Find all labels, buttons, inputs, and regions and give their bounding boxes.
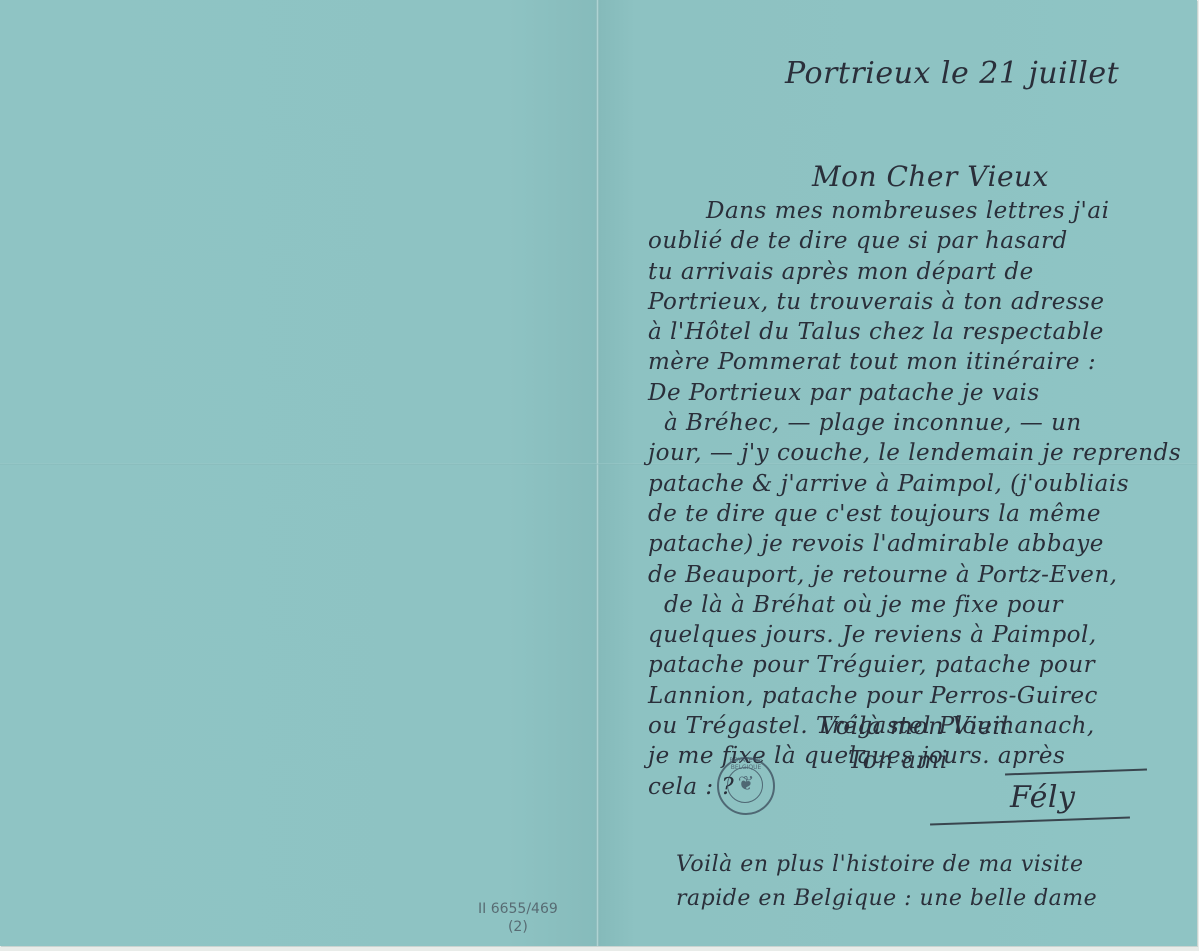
shelfmark-number: II 6655/469	[478, 900, 558, 918]
letter-postscript: Voilà en plus l'histoire de ma visite ra…	[676, 848, 1097, 916]
letter-signature: Fély	[1010, 780, 1075, 815]
letter-place-date: Portrieux le 21 juillet	[785, 56, 1119, 91]
body-line: patache & j'arrive à Paimpol, (j'oubliai…	[648, 469, 1181, 499]
body-line: Lannion, patache pour Perros-Guirec	[648, 681, 1181, 711]
left-page-blank	[0, 0, 597, 946]
body-line: mère Pommerat tout mon itinéraire :	[648, 347, 1181, 377]
body-line: Portrieux, tu trouverais à ton adresse	[648, 287, 1181, 317]
stamp-text: ROYALE DE BELGIQUE	[719, 757, 773, 771]
body-line: oublié de te dire que si par hasard	[648, 226, 1181, 256]
library-stamp-icon: ROYALE DE BELGIQUE ❦	[717, 757, 775, 815]
body-line: de te dire que c'est toujours la même	[648, 499, 1181, 529]
body-line: tu arrivais après mon départ de	[648, 257, 1181, 287]
letter-salutation: Mon Cher Vieux	[812, 160, 1049, 193]
lion-icon: ❦	[719, 771, 773, 795]
body-line: patache) je revois l'admirable abbaye	[648, 529, 1181, 559]
postscript-line: rapide en Belgique : une belle dame	[676, 882, 1097, 916]
body-line: jour, — j'y couche, le lendemain je repr…	[648, 438, 1181, 468]
body-line: à l'Hôtel du Talus chez la respectable	[648, 317, 1181, 347]
body-line: patache pour Tréguier, patache pour	[648, 650, 1181, 680]
body-line: Dans mes nombreuses lettres j'ai	[648, 196, 1181, 226]
body-line: quelques jours. Je reviens à Paimpol,	[648, 620, 1181, 650]
body-line: De Portrieux par patache je vais	[648, 378, 1181, 408]
body-line: de Beauport, je retourne à Portz-Even,	[648, 560, 1181, 590]
vertical-fold-line	[596, 0, 599, 946]
postscript-line: Voilà en plus l'histoire de ma visite	[676, 848, 1097, 882]
letter-closing-line: Ton ami	[848, 746, 948, 774]
body-line: de là à Bréhat où je me fixe pour	[648, 590, 1181, 620]
letter-sheet: Portrieux le 21 juillet Mon Cher Vieux D…	[0, 0, 1197, 946]
body-line: à Bréhec, — plage inconnue, — un	[648, 408, 1181, 438]
shelfmark-sub: (2)	[478, 918, 558, 936]
archive-shelfmark: II 6655/469 (2)	[478, 900, 558, 936]
letter-closing-line: Voilà mon Vieil	[820, 712, 1009, 740]
